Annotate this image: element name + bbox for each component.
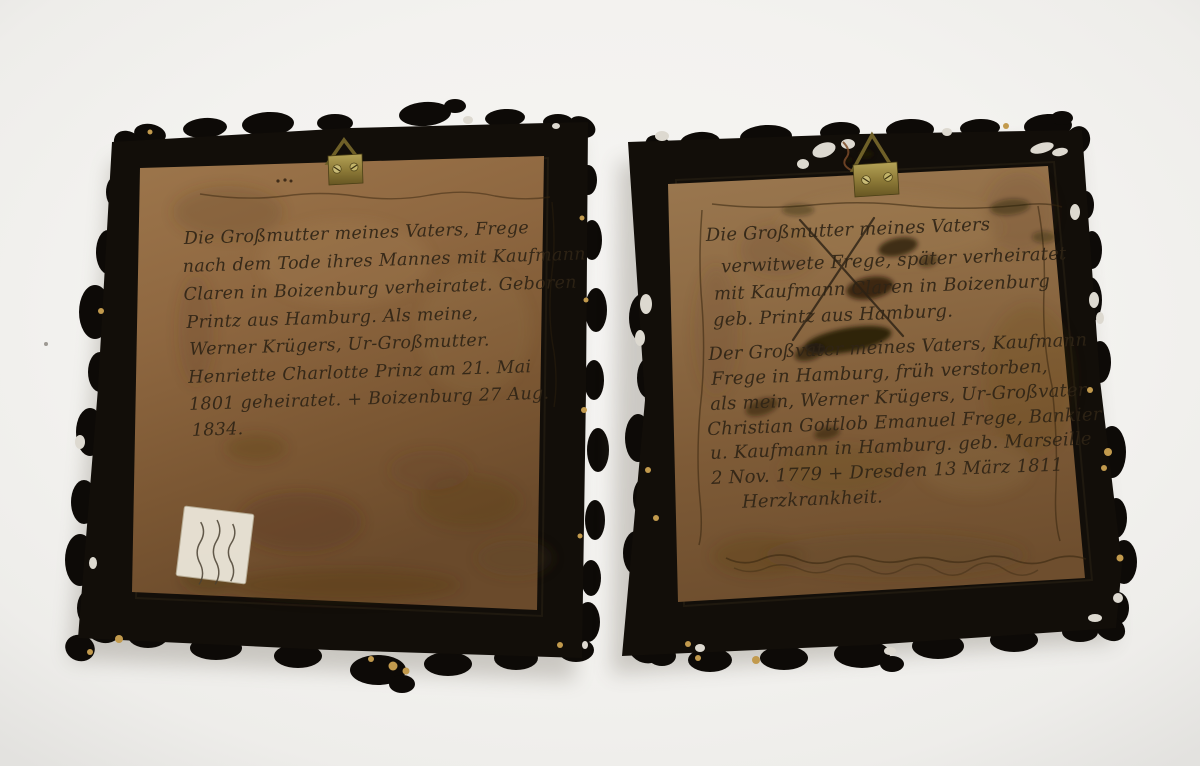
photograph: Die Großmutter meines Vaters, Frege nach… — [0, 0, 1200, 766]
left-frame: Die Großmutter meines Vaters, Frege nach… — [61, 99, 609, 693]
dust-speck — [44, 342, 48, 346]
photo-canvas: Die Großmutter meines Vaters, Frege nach… — [0, 0, 1200, 766]
hanger-plate — [853, 162, 899, 197]
right-inscription: Die Großmutter meines Vaters verwitwete … — [699, 210, 1106, 514]
inscription-line: 1834. — [192, 419, 244, 441]
right-frame: Die Großmutter meines Vaters verwitwete … — [612, 111, 1137, 674]
